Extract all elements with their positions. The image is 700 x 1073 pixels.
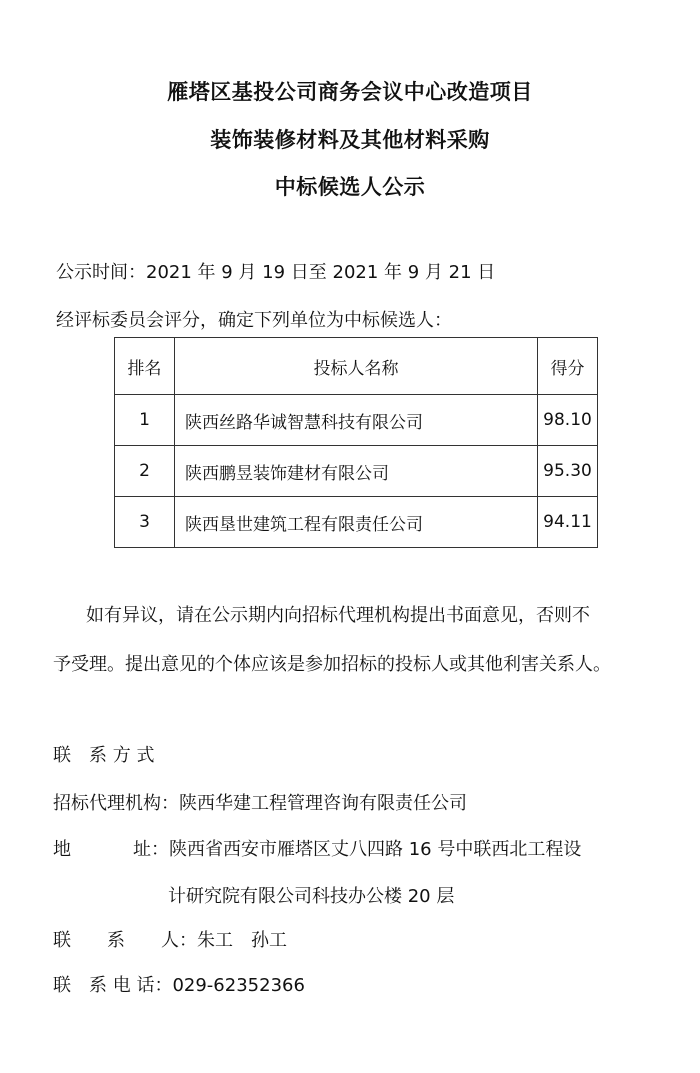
table-row: 1 陕西丝路华诚智慧科技有限公司 98.10 [115,395,598,446]
title-line-3: 中标候选人公示 [0,171,700,201]
address-line-2: 计研究院有限公司科技办公楼 20 层 [168,882,454,908]
candidates-table: 排名 投标人名称 得分 1 陕西丝路华诚智慧科技有限公司 98.10 2 陕西鹏… [114,337,598,548]
agency-label: 招标代理机构： [53,793,179,814]
objection-line-2: 予受理。提出意见的个体应该是参加招标的投标人或其他利害关系人。 [53,650,611,676]
rank-cell: 1 [115,395,175,446]
header-rank: 排名 [115,338,175,395]
address-label-b: 址： [133,839,169,860]
phone-row: 联 系 电 话：029-62352366 [53,971,305,997]
phone-value: 029-62352366 [172,975,304,996]
score-cell: 95.30 [538,446,598,497]
address-line-1: 陕西省西安市雁塔区丈八四路 16 号中联西北工程设 [169,839,581,860]
bidder-name-cell: 陕西垦世建筑工程有限责任公司 [175,497,538,548]
score-cell: 94.11 [538,497,598,548]
header-bidder-name: 投标人名称 [175,338,538,395]
objection-line-1: 如有异议，请在公示期内向招标代理机构提出书面意见，否则不 [86,601,590,627]
bidder-name-cell: 陕西丝路华诚智慧科技有限公司 [175,395,538,446]
header-score: 得分 [538,338,598,395]
rank-cell: 2 [115,446,175,497]
address-label-a: 地 [53,835,71,861]
title-line-2: 装饰装修材料及其他材料采购 [0,124,700,154]
intro-text: 经评标委员会评分，确定下列单位为中标候选人： [56,306,452,332]
agency-row: 招标代理机构：陕西华建工程管理咨询有限责任公司 [53,789,467,815]
contact-person-value: 朱工 孙工 [197,930,287,951]
agency-value: 陕西华建工程管理咨询有限责任公司 [179,793,467,814]
contact-heading: 联 系 方 式 [53,741,154,767]
table-row: 2 陕西鹏昱装饰建材有限公司 95.30 [115,446,598,497]
title-line-1: 雁塔区基投公司商务会议中心改造项目 [0,76,700,106]
contact-person-row: 联 系 人：朱工 孙工 [53,926,287,952]
contact-person-label: 联 系 人： [53,930,197,951]
table-header-row: 排名 投标人名称 得分 [115,338,598,395]
table-row: 3 陕西垦世建筑工程有限责任公司 94.11 [115,497,598,548]
score-cell: 98.10 [538,395,598,446]
address-row: 址：陕西省西安市雁塔区丈八四路 16 号中联西北工程设 [133,835,581,861]
notice-period: 公示时间：2021 年 9 月 19 日至 2021 年 9 月 21 日 [56,258,495,284]
bidder-name-cell: 陕西鹏昱装饰建材有限公司 [175,446,538,497]
phone-label: 联 系 电 话： [53,975,172,996]
rank-cell: 3 [115,497,175,548]
